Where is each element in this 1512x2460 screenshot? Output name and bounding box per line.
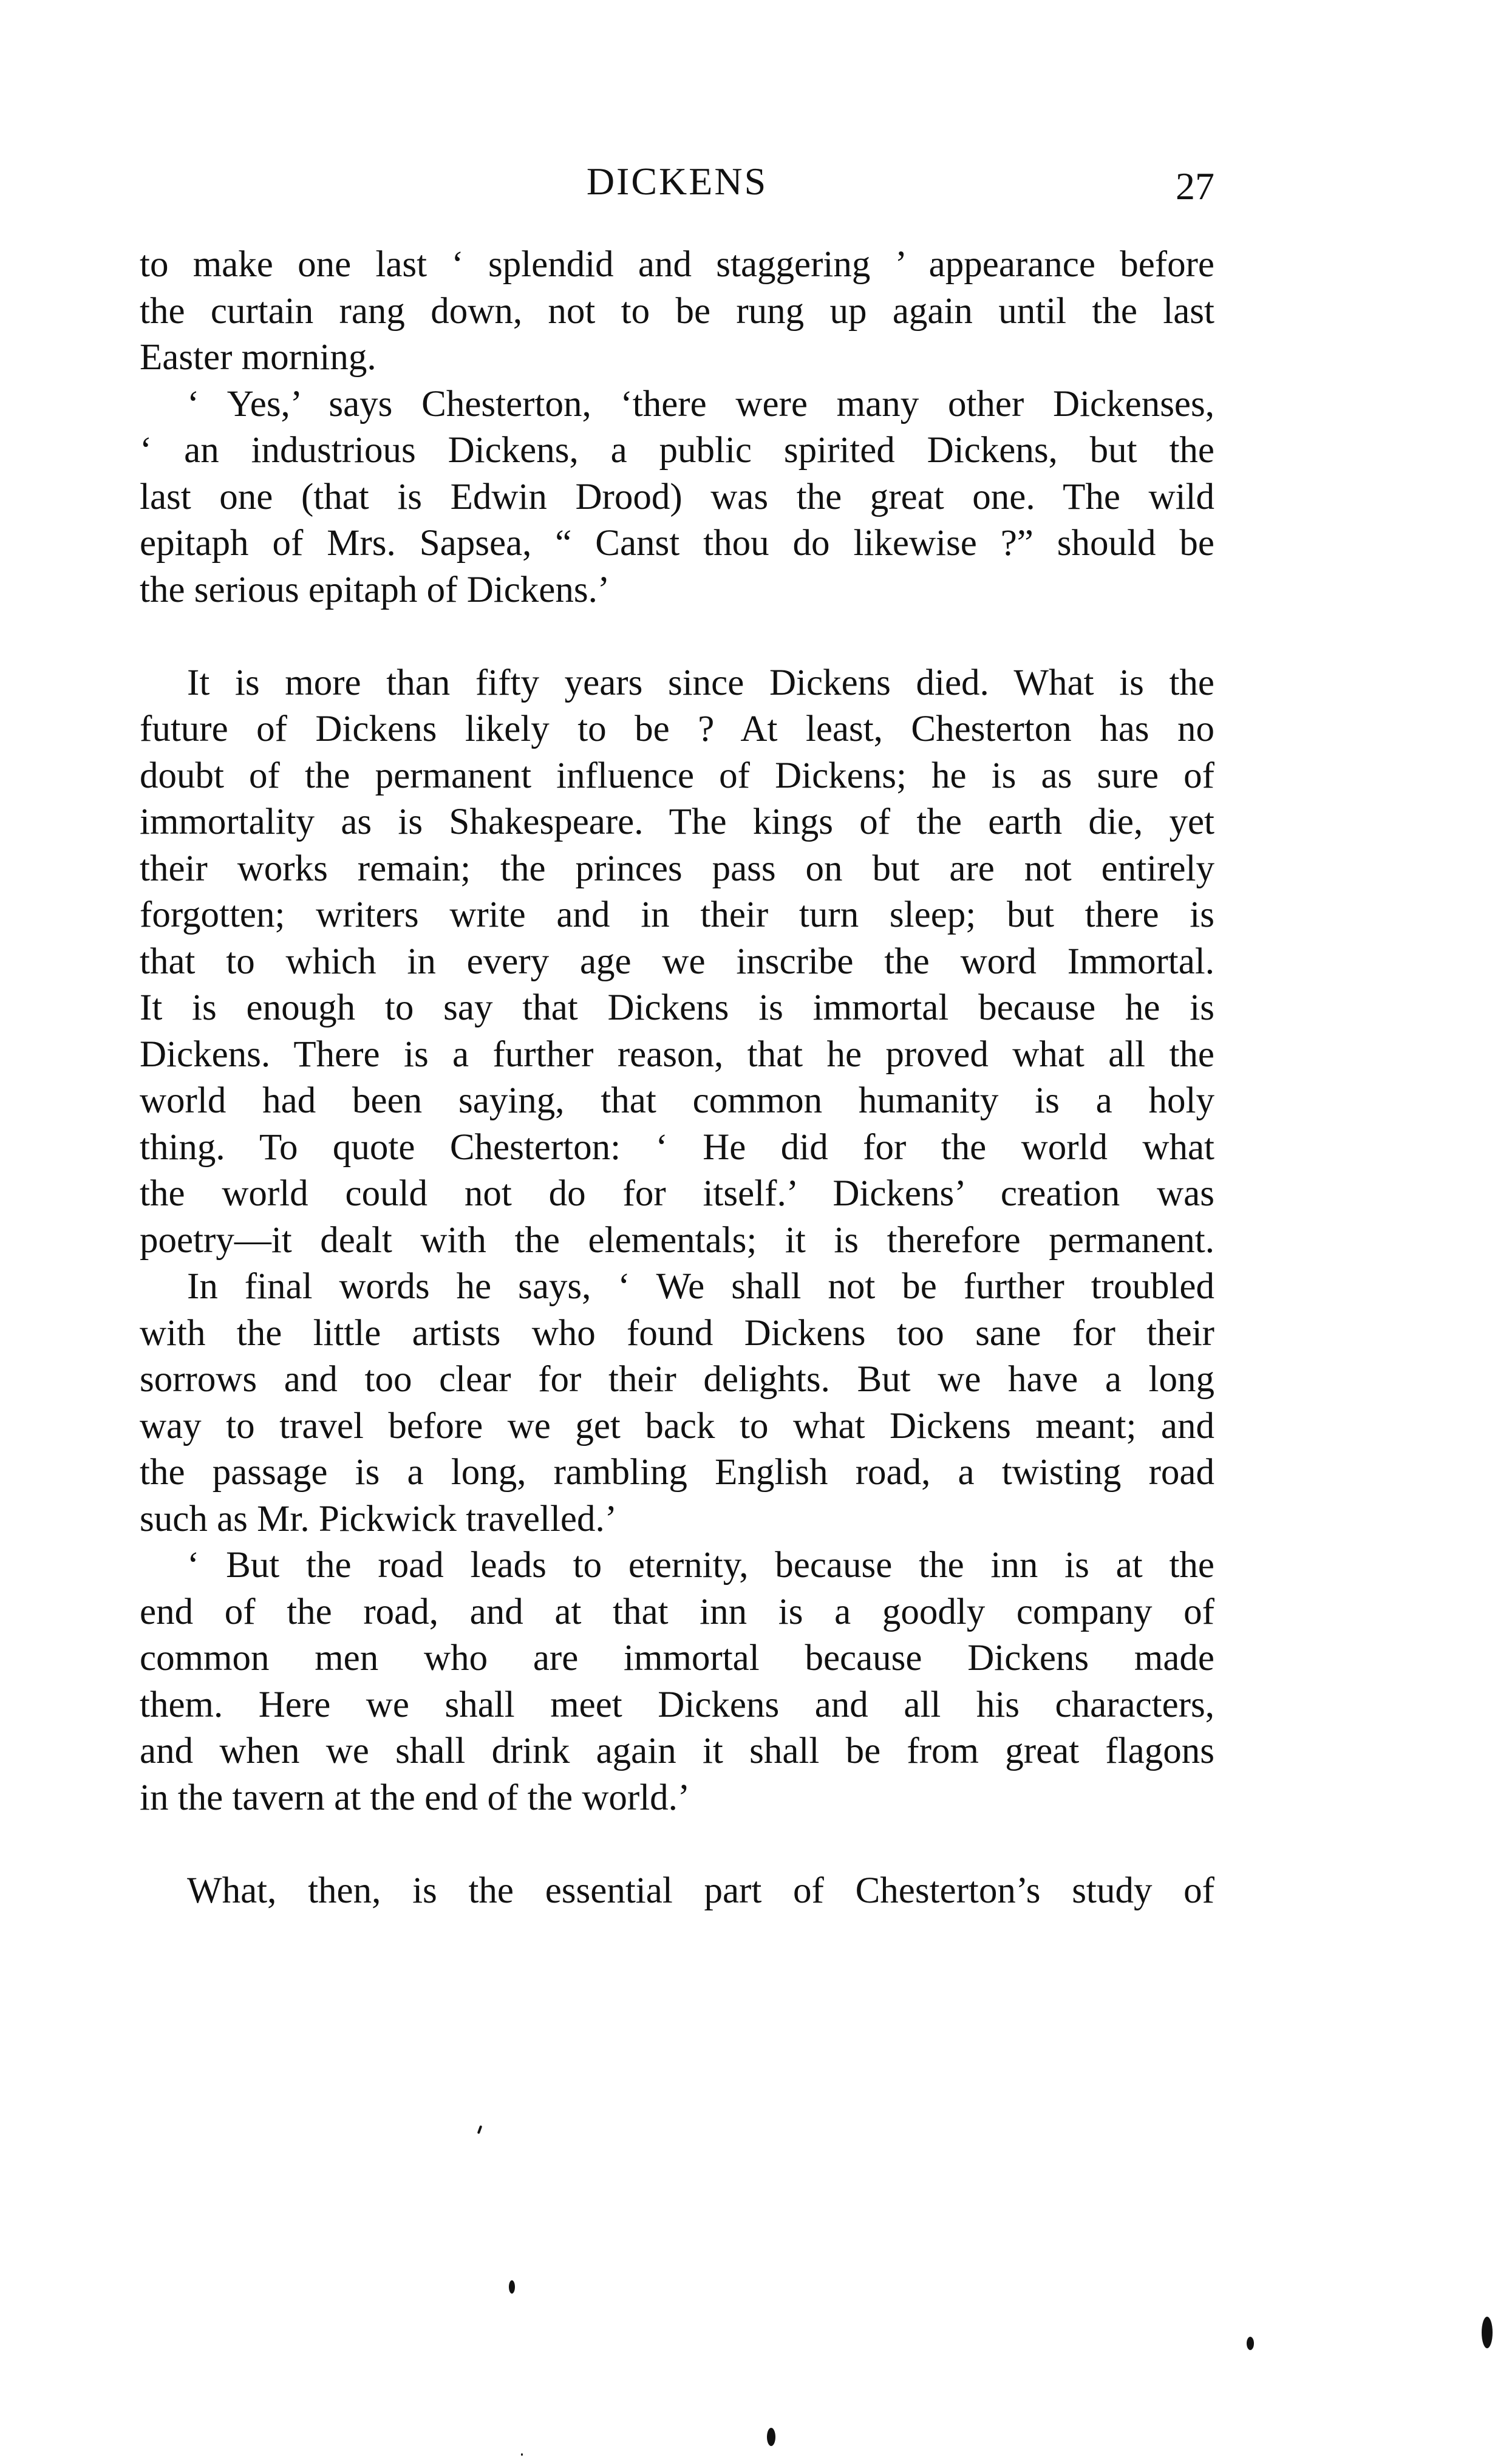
text-line: the serious epitaph of Dickens.’: [140, 567, 1214, 614]
text-line: the passage is a long, rambling English …: [140, 1450, 1214, 1496]
book-page: DICKENS 27 to make one last ‘ splendid a…: [0, 0, 1512, 2460]
paragraph: to make one last ‘ splendid and staggeri…: [140, 242, 1214, 381]
text-line: last one (that is Edwin Drood) was the g…: [140, 474, 1214, 521]
paragraph: In final words he says, ‘ We shall not b…: [140, 1264, 1214, 1542]
ink-speck: [521, 2453, 523, 2456]
text-line: forgotten; writers write and in their tu…: [140, 892, 1214, 939]
text-line: It is enough to say that Dickens is immo…: [140, 985, 1214, 1032]
text-line: It is more than fifty years since Dicken…: [140, 660, 1214, 707]
text-line: the curtain rang down, not to be rung up…: [140, 288, 1214, 335]
ink-dot: [509, 2280, 515, 2294]
text-line: immortality as is Shakespeare. The kings…: [140, 799, 1214, 846]
text-line: common men who are immortal because Dick…: [140, 1635, 1214, 1682]
text-line: them. Here we shall meet Dickens and all…: [140, 1682, 1214, 1729]
text-line: ‘ Yes,’ says Chesterton, ‘there were man…: [140, 381, 1214, 428]
ink-dot: [1482, 2317, 1493, 2348]
ink-dot: [1247, 2337, 1254, 2350]
text-line: sorrows and too clear for their delights…: [140, 1357, 1214, 1403]
text-line: In final words he says, ‘ We shall not b…: [140, 1264, 1214, 1310]
text-line: future of Dickens likely to be ? At leas…: [140, 706, 1214, 753]
text-line: to make one last ‘ splendid and staggeri…: [140, 242, 1214, 288]
running-head-title: DICKENS: [140, 159, 1214, 204]
text-line: poetry—it dealt with the elementals; it …: [140, 1218, 1214, 1264]
paragraph: ‘ But the road leads to eternity, becaus…: [140, 1542, 1214, 1821]
paragraph: ‘ Yes,’ says Chesterton, ‘there were man…: [140, 381, 1214, 614]
paragraph: What, then, is the essential part of Che…: [140, 1868, 1214, 1915]
text-line: the world could not do for itself.’ Dick…: [140, 1171, 1214, 1218]
page-number: 27: [1176, 164, 1214, 209]
ink-speck: [477, 2125, 483, 2135]
text-line: What, then, is the essential part of Che…: [140, 1868, 1214, 1915]
body-text: to make one last ‘ splendid and staggeri…: [140, 242, 1214, 1914]
paragraph: It is more than fifty years since Dicken…: [140, 660, 1214, 1264]
text-line: Easter morning.: [140, 335, 1214, 381]
text-line: their works remain; the princes pass on …: [140, 846, 1214, 893]
ink-dot: [767, 2428, 775, 2446]
text-line: that to which in every age we inscribe t…: [140, 939, 1214, 986]
text-line: world had been saying, that common human…: [140, 1078, 1214, 1125]
text-line: in the tavern at the end of the world.’: [140, 1775, 1214, 1822]
text-line: end of the road, and at that inn is a go…: [140, 1589, 1214, 1636]
text-line: and when we shall drink again it shall b…: [140, 1728, 1214, 1775]
text-line: ‘ But the road leads to eternity, becaus…: [140, 1542, 1214, 1589]
text-line: such as Mr. Pickwick travelled.’: [140, 1496, 1214, 1543]
running-head: DICKENS 27: [140, 159, 1214, 214]
paragraph-gap: [140, 613, 1214, 660]
text-line: doubt of the permanent influence of Dick…: [140, 753, 1214, 800]
text-line: way to travel before we get back to what…: [140, 1403, 1214, 1450]
paragraph-gap: [140, 1821, 1214, 1868]
text-line: Dickens. There is a further reason, that…: [140, 1032, 1214, 1078]
text-line: epitaph of Mrs. Sapsea, “ Canst thou do …: [140, 520, 1214, 567]
text-line: ‘ an industrious Dickens, a public spiri…: [140, 428, 1214, 474]
text-line: with the little artists who found Dicken…: [140, 1310, 1214, 1357]
text-line: thing. To quote Chesterton: ‘ He did for…: [140, 1125, 1214, 1171]
